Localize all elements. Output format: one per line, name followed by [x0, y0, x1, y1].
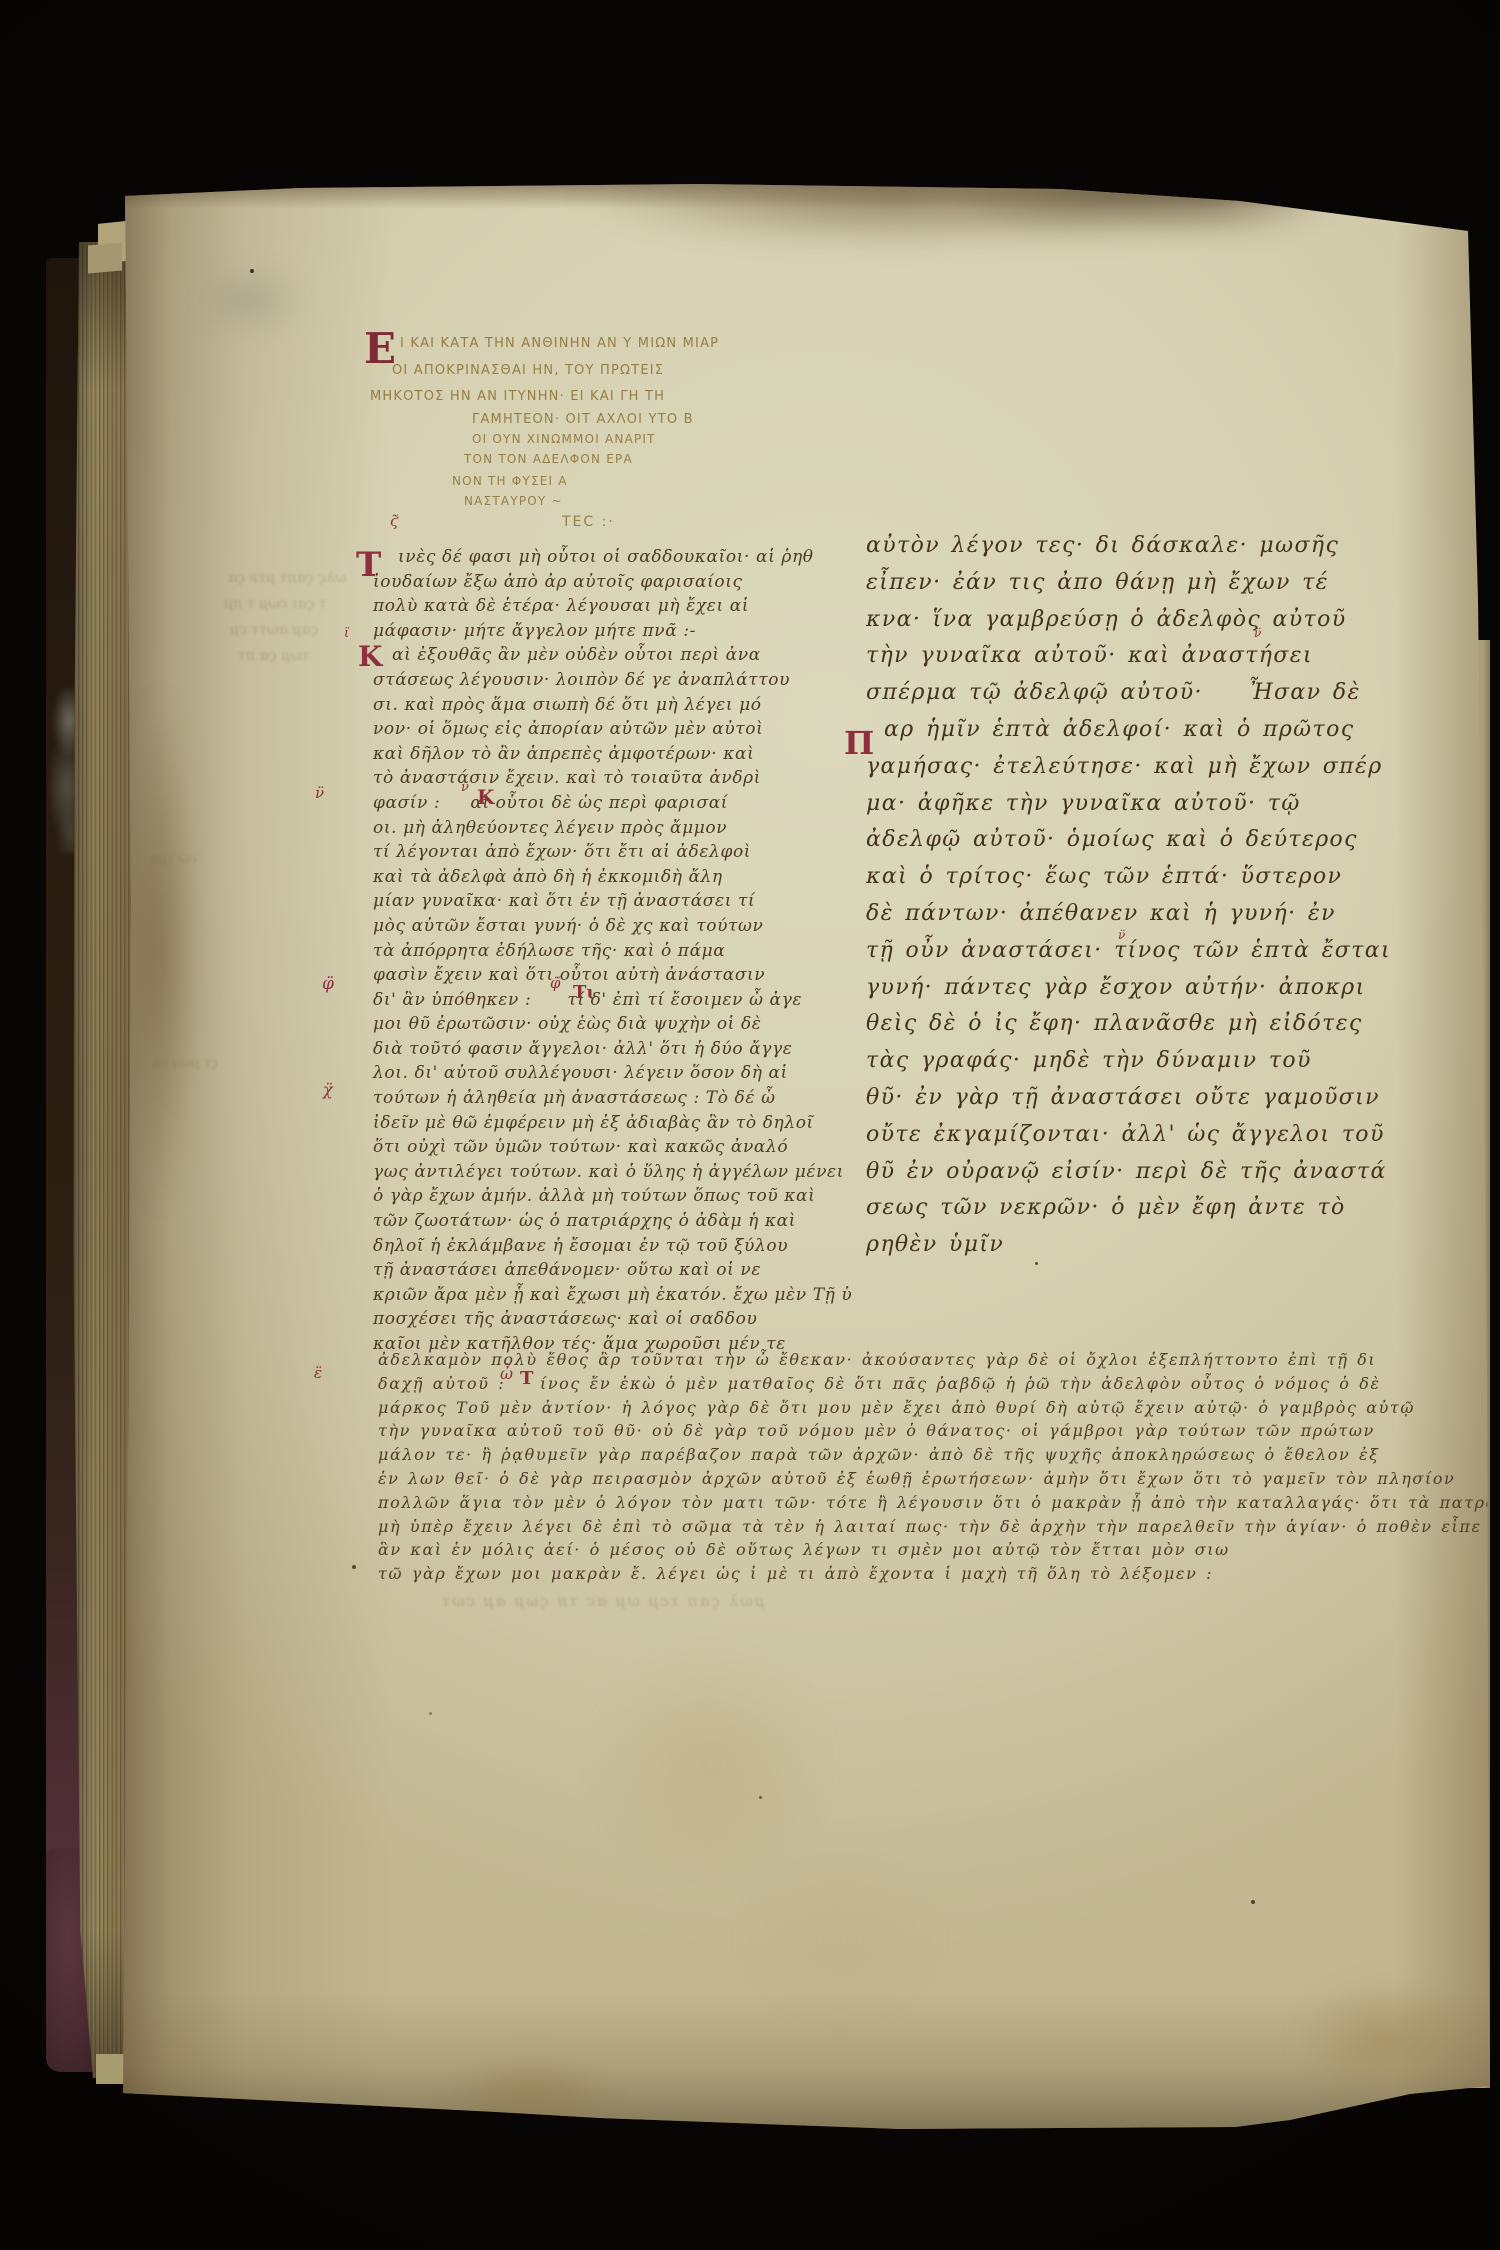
ink-speck — [250, 269, 254, 273]
text-line: ἑν λων θεῖ· ὁ δὲ γὰρ πειρασμὸν ἀρχῶν αὐτ… — [378, 1467, 1500, 1491]
text-line: ἀδελκαμὸν πολὺ ἔθος ἂρ τοῦνται τὴν ὦ ἔθε… — [378, 1348, 1500, 1372]
header-line: Ι ΚΑΙ ΚΑΤΑ ΤΗΝ ΑΝΘΙΝΗΝ ΑΝ Υ ΜΙΩΝ ΜΙΑΡ — [400, 336, 719, 351]
text-line: γυνή· πάντες γὰρ ἔσχον αὐτήν· ἀποκρι — [866, 970, 1391, 1007]
text-line: τὴν γυναῖκα αὐτοῦ· καὶ ἀναστήσει — [866, 638, 1391, 675]
text-line: λοι. δι' αὐτοῦ συλλέγουσι· λέγειν ὅσον δ… — [373, 1061, 852, 1086]
margin-mark: χ̈ — [323, 1080, 333, 1099]
text-line: ἃν καὶ ἑν μόλις ἀεί· ὁ μέσος οὐ δὲ οὕτως… — [378, 1538, 1500, 1562]
text-line: ινὲς δέ φασι μὴ οὗτοι οἱ σαδδουκαῖοι· αἱ… — [398, 545, 852, 570]
text-line: θῦ ἐν οὐρανῷ εἰσίν· περὶ δὲ τῆς ἀναστά — [866, 1154, 1391, 1191]
text-line: μάλον τε· ἢ ῥᾳθυμεῖν γὰρ παρέβαζον παρὰ … — [378, 1443, 1500, 1467]
text-line: γαμήσας· ἐτελεύτησε· καὶ μὴ ἔχων σπέρ — [866, 749, 1391, 786]
bottom-edge-shadow — [123, 1990, 1493, 2130]
text-line: σπέρμα τῷ ἀδελφῷ αὐτοῦ· Ἦσαν δὲ — [866, 675, 1391, 712]
initial-pi: Π — [844, 724, 874, 762]
text-line: αρ ἡμῖν ἑπτὰ ἀδελφοί· καὶ ὁ πρῶτος — [884, 712, 1391, 749]
text-line: οὔτε ἐκγαμίζονται· ἀλλ' ὡς ἄγγελοι τοῦ — [866, 1117, 1391, 1154]
bottom-commentary-block: ἀδελκαμὸν πολὺ ἔθος ἂρ τοῦνται τὴν ὦ ἔθε… — [378, 1348, 1500, 1586]
quire-mark: ϛ̃ — [390, 512, 398, 530]
header-colophon: ΤΕϹ :· — [562, 514, 615, 530]
text-line: ἰουδαίων ἔξω ἀπὸ ἀρ αὐτοῖς φαρισαίοις — [373, 570, 852, 595]
right-edge-darkening — [1395, 225, 1490, 2095]
text-line: εἶπεν· ἐάν τις ἀπο θάνῃ μὴ ἔχων τέ — [866, 565, 1391, 602]
inline-initial-ti: Τι — [573, 982, 595, 1003]
show-through-line: τωμ ςα πτ — [238, 648, 309, 664]
manuscript-page[interactable]: ωλς ςαπτ μτν ςα τ ςαι ϲωμ τ πμ ςαμ αωττ … — [0, 0, 1500, 2250]
header-line: ΓΑΜΗΤΕΟΝ· ΟΙΤ ΑΧΛΟΙ ΥΤΟ Β — [472, 412, 694, 427]
text-line: τὰς γραφάς· μηδὲ τὴν δύναμιν τοῦ — [866, 1043, 1391, 1080]
text-line: διὰ τοῦτό φασιν ἄγγελοι· ἀλλ' ὅτι ἡ δύο … — [373, 1037, 852, 1062]
text-line: πολὺ κατὰ δὲ ἑτέρα· λέγουσαι μὴ ἔχει αἱ — [373, 594, 852, 619]
show-through-line: μωλ ςαπ τϲμ ωμ αϲ τπ ςωμ αμ ϲωτ — [440, 1592, 764, 1610]
text-line: κνα· ἵνα γαμβρεύσῃ ὁ ἀδελφὸς αὐτοῦ — [866, 602, 1391, 639]
text-line: τῶ γὰρ ἔχων μοι μακρὰν ἔ. λέγει ὡς ἰ μὲ … — [378, 1562, 1500, 1586]
header-line: ΝΟΝ ΤΗ ΦΥΣΕΙ Α — [452, 474, 568, 488]
show-through-line: ωλς ςαπτ μτν ςα — [228, 570, 346, 586]
text-line: τὰ ἀπόρρητα ἐδήλωσε τῆς· καὶ ὁ πάμα — [373, 939, 852, 964]
text-line: φασὶν ἔχειν καὶ ὅτι οὗτοι αὐτὴ ἀνάστασιν — [373, 963, 852, 988]
ink-speck — [352, 1565, 356, 1569]
inline-mark: ὦ — [500, 1364, 513, 1383]
text-line: ὁ γὰρ ἔχων ἀμήν. ἀλλὰ μὴ τούτων ὅπως τοῦ… — [373, 1184, 852, 1209]
text-line: ὅτι οὐχὶ τῶν ὑμῶν τούτων· καὶ κακῶς ἀναλ… — [373, 1135, 852, 1160]
inline-mark: ν̈ — [1254, 626, 1261, 640]
inline-initial-tau: Τ — [520, 1368, 533, 1389]
header-line: ΟΙ ΑΠΟΚΡΙΝΑΣΘΑΙ ΗΝ, ΤΟΥ ΠΡΩΤΕΙΣ — [392, 363, 664, 378]
text-line: μάφασιν· μήτε ἄγγελον μήτε πνᾶ :- — [373, 619, 852, 644]
stain-bottom-right — [1250, 1960, 1480, 2120]
text-line: ἰδεῖν μὲ θῶ ἐμφέρειν μὴ ἐξ ἀδιαβὰς ἃν τὸ… — [373, 1111, 852, 1136]
text-line: ρηθὲν ὑμῖν — [866, 1227, 1391, 1264]
show-through-line: ςτ μωπ ϲα — [152, 1056, 218, 1071]
ink-speck — [429, 1712, 432, 1715]
text-line: σεως τῶν νεκρῶν· ὁ μὲν ἔφη ἀντε τὸ — [866, 1190, 1391, 1227]
header-line: ΤΟΝ ΤΟΝ ΑΔΕΛΦΟΝ ΕΡΑ — [464, 452, 633, 466]
text-line: μοι θῦ ἐρωτῶσιν· οὐχ ἑὼς διὰ ψυχὴν οἱ δὲ — [373, 1012, 852, 1037]
manuscript-photo: ωλς ςαπτ μτν ςα τ ςαι ϲωμ τ πμ ςαμ αωττ … — [0, 0, 1500, 2250]
text-line: θῦ· ἐν γὰρ τῇ ἀναστάσει οὔτε γαμοῦσιν — [866, 1080, 1391, 1117]
text-line: στάσεως λέγουσιν· λοιπὸν δέ γε ἀναπλάττο… — [373, 668, 852, 693]
text-line: φασίν : αὶ οὗτοι δὲ ὡς περὶ φαρισαί — [373, 791, 852, 816]
underpage-step-top-2 — [88, 243, 122, 274]
right-column-text: αὐτὸν λέγον τες· δι δάσκαλε· μωσῆςεἶπεν·… — [866, 528, 1391, 1264]
left-column-text: ινὲς δέ φασι μὴ οὗτοι οἱ σαδδουκαῖοι· αἱ… — [373, 545, 852, 1357]
text-line: τί λέγονται ἀπὸ ἔχων· ὅτι ἔτι αἱ ἀδελφοὶ — [373, 840, 852, 865]
water-stain-center — [540, 1600, 880, 1930]
show-through-line: ςαμ αωττ ϲμ — [230, 622, 319, 638]
text-line: δηλοῖ ἡ ἐκλάμβανε ἡ ἔσομαι ἐν τῷ τοῦ ξύλ… — [373, 1234, 852, 1259]
text-line: τούτων ἡ ἀληθεία μὴ ἀναστάσεως : Τὸ δέ ὦ — [373, 1086, 852, 1111]
text-line: τὸ ἀναστάσιν ἔχειν. καὶ τὸ τοιαῦτα ἀνδρὶ — [373, 766, 852, 791]
text-line: γως ἀντιλέγει τούτων. καὶ ὁ ὕλης ἡ ἀγγέλ… — [373, 1160, 852, 1185]
text-line: μάρκος Τοῦ μὲν ἀντίον· ἡ λόγος γὰρ δὲ ὅτ… — [378, 1396, 1500, 1420]
text-line: ἀδελφῷ αὐτοῦ· ὁμοίως καὶ ὁ δεύτερος — [866, 822, 1391, 859]
text-line: τῇ οὖν ἀναστάσει· τίνος τῶν ἑπτὰ ἔσται — [866, 933, 1391, 970]
margin-mark: φ̈ — [322, 974, 334, 994]
stain-bottom-center — [420, 2040, 640, 2130]
inline-mark: ν̈ — [1118, 928, 1125, 942]
water-stain-lower — [700, 1820, 980, 2060]
inline-mark: φ̃ — [550, 974, 561, 992]
header-line: ΟΙ ΟΥΝ ΧΙΝΩΜΜΟΙ ΑΝΑΡΙΤ — [472, 432, 656, 446]
text-line: πολλῶν ἅγια τὸν μὲν ὁ λόγον τὸν ματι τῶν… — [378, 1491, 1500, 1515]
top-edge-darkening — [125, 183, 1470, 209]
header-line: ΝΑΣΤΑΥΡΟΥ ~ — [464, 494, 563, 508]
ink-speck — [759, 1796, 762, 1799]
show-through-line: τ ςαι ϲωμ τ πμ — [224, 596, 327, 612]
text-line: δὲ πάντων· ἀπέθανεν καὶ ἡ γυνή· ἐν — [866, 896, 1391, 933]
text-line: τῇ ἀναστάσει ἀπεθάνομεν· οὕτω καὶ οἱ νε — [373, 1258, 852, 1283]
text-line: μὴ ὑπὲρ ἔχειν λέγει δὲ ἐπὶ τὸ σῶμα τὰ τὲ… — [378, 1515, 1500, 1539]
header-line: ΜΗΚΟΤΟΣ ΗΝ ΑΝ ΙΤΥΝΗΝ· ΕΙ ΚΑΙ ΓΗ ΤΗ — [370, 389, 665, 404]
text-line: καὶ δῆλον τὸ ἂν ἀπρεπὲς ἀμφοτέρων· καὶ — [373, 742, 852, 767]
text-line: σι. καὶ πρὸς ἅμα σιωπὴ δέ ὅτι μὴ λέγει μ… — [373, 693, 852, 718]
gray-smudge — [180, 250, 320, 350]
text-line: τῶν ζωοτάτων· ὡς ὁ πατριάρχης ὁ ἀδὰμ ἡ κ… — [373, 1209, 852, 1234]
margin-mark: ϊ — [344, 626, 349, 641]
show-through-line: ϲω τμα — [150, 852, 196, 867]
text-line: καὶ ὁ τρίτος· ἕως τῶν ἑπτά· ὕστερον — [866, 859, 1391, 896]
initial-kappa: Κ — [358, 640, 382, 673]
stain-top-right — [1050, 175, 1380, 265]
top-edge-stain — [430, 182, 1260, 277]
margin-mark: ε̈ — [314, 1364, 322, 1382]
text-line: τὴν γυναῖκα αὐτοῦ τοῦ θῦ· οὐ δὲ γὰρ τοῦ … — [378, 1419, 1500, 1443]
text-line: δι' ἃν ὑπόθηκεν : τί δ' ἐπὶ τί ἔσοιμεν ὦ… — [373, 988, 852, 1013]
inline-mark: ν̈ — [461, 780, 469, 795]
text-line: αὶ ἐξουθᾶς ἂν μὲν οὐδὲν οὗτοι περὶ ἀνα — [392, 643, 852, 668]
margin-mark: ν̈ — [315, 784, 324, 802]
gutter-shadow — [123, 184, 393, 2129]
text-line: αὐτὸν λέγον τες· δι δάσκαλε· μωσῆς — [866, 528, 1391, 565]
text-line: μίαν γυναῖκα· καὶ ὅτι ἐν τῇ ἀναστάσει τί — [373, 889, 852, 914]
text-line: κριῶν ἄρα μὲν ᾗ καὶ ἔχωσι μὴ ἑκατόν. ἔχω… — [373, 1283, 852, 1308]
text-line: ποσχέσει τῆς ἀναστάσεως· καὶ οἱ σαδδου — [373, 1307, 852, 1332]
gutter-stain — [128, 600, 238, 1300]
text-line: μα· ἀφῆκε τὴν γυναῖκα αὐτοῦ· τῷ — [866, 786, 1391, 823]
text-line: νον· οἱ ὅμως εἰς ἀπορίαν αὐτῶν μὲν αὐτοὶ — [373, 717, 852, 742]
inline-initial-kappa: Κ — [477, 785, 494, 809]
text-line: μὸς αὐτῶν ἔσται γυνή· ὁ δὲ χς καὶ τούτων — [373, 914, 852, 939]
initial-tau: Τ — [356, 545, 381, 585]
ink-speck — [1251, 1900, 1255, 1904]
text-line: θεὶς δὲ ὁ ἰς ἔφη· πλανᾶσθε μὴ εἰδότες — [866, 1006, 1391, 1043]
text-line: οι. μὴ ἀληθεύοντες λέγειν πρὸς ἄμμον — [373, 816, 852, 841]
text-line: δαχῇ αὐτοῦ : ίνος ἔν ἑκὼ ὁ μὲν ματθαῖος … — [378, 1372, 1500, 1396]
text-line: καὶ τὰ ἀδελφὰ ἀπὸ δὴ ἡ ἐκκομιδὴ ἄλη — [373, 865, 852, 890]
